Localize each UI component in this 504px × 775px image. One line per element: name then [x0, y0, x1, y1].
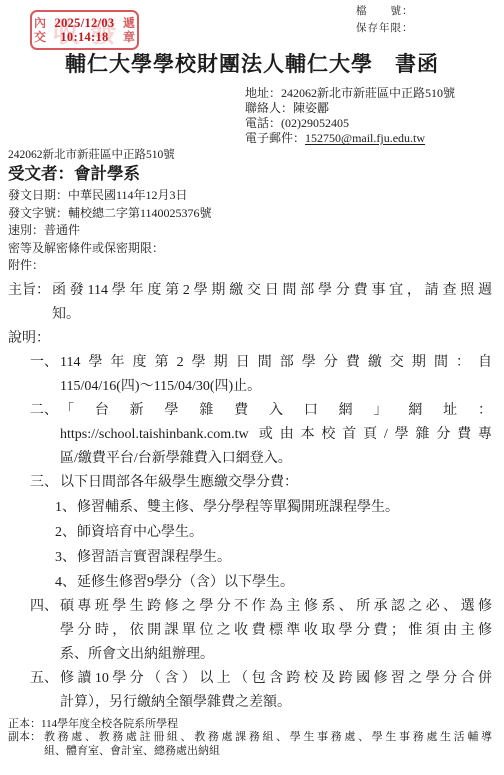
letter-meta: 發文日期：中華民國114年12月3日 發文字號：輔校總二字第1140025376… — [8, 187, 492, 275]
explanation-item-2: 二、 「台新學雜費入口網」網址： https://school.taishinb… — [30, 399, 492, 471]
retention-period-label: 保存年限： — [356, 20, 414, 37]
internal-delivery-stamp: 收發 內 交 2025/12/03 10:14:18 遞 章 — [30, 10, 139, 50]
subitem-number: 2、 — [55, 520, 77, 545]
stamp-left-column: 內 交 — [34, 16, 46, 44]
subitem-number: 4、 — [55, 570, 77, 595]
stamp-char-left-top: 內 — [34, 16, 46, 30]
item-line: 系、所會文出納組辦理。 — [60, 643, 492, 667]
priority-line: 速別：普通件 — [8, 222, 492, 240]
document-title: 輔仁大學學校財團法人輔仁大學 書函 — [0, 48, 504, 78]
explanation-subitem-1: 1、 修習輔系、雙主修、學分學程等單獨開班課程學生。 — [55, 495, 492, 520]
subitem-text: 修習輔系、雙主修、學分學程等單獨開班課程學生。 — [77, 495, 492, 520]
item-line-url: https://school.taishinbank.com.tw 或由本校首頁… — [60, 423, 492, 447]
item-line: 學分時，依開課單位之收費標準收取學分費；惟須由主修 — [60, 619, 492, 643]
stamp-time: 10:14:18 — [55, 30, 115, 45]
issue-date-line: 發文日期：中華民國114年12月3日 — [8, 187, 492, 205]
explanation-item-4: 四、 碩專班學生跨修之學分不作為主修系、所承認之必、選修 學分時，依開課單位之收… — [30, 595, 492, 667]
copy-label: 副本： — [8, 731, 44, 758]
item-content: 「台新學雜費入口網」網址： https://school.taishinbank… — [60, 399, 492, 471]
item-number: 四、 — [30, 595, 60, 667]
security-line: 密等及解密條件或保密期限： — [8, 240, 492, 258]
subject-content: 函發114學年度第2學期繳交日間部學分費事宜，請查照週 知。 — [52, 279, 492, 327]
sender-email-line: 電子郵件：152750@mail.fju.edu.tw — [245, 131, 455, 146]
explanation-item-3: 三、 以下日間部各年級學生應繳交學分費： — [30, 471, 492, 495]
subitem-text: 師資培育中心學生。 — [77, 520, 492, 545]
sender-email-link[interactable]: 152750@mail.fju.edu.tw — [305, 131, 425, 145]
item-content: 修讀10學分（含）以上（包含跨校及跨國修習之學分合併 計算），另行繳納全額學雜費… — [60, 667, 492, 715]
stamp-right-column: 遞 章 — [123, 16, 135, 44]
sender-phone: 電話：(02)29052405 — [245, 116, 455, 131]
item-line: 修讀10學分（含）以上（包含跨校及跨國修習之學分合併 — [60, 667, 492, 691]
subitem-text: 延修生修習9學分（含）以下學生。 — [77, 570, 492, 595]
sender-contact-block: 地址：242062新北市新莊區中正路510號 聯絡人：陳姿酈 電話：(02)29… — [245, 86, 455, 146]
explanation-subitem-4: 4、 延修生修習9學分（含）以下學生。 — [55, 570, 492, 595]
file-number-label: 檔 號： — [356, 3, 414, 20]
item-line: 以下日間部各年級學生應繳交學分費： — [60, 471, 492, 495]
item-line: 碩專班學生跨修之學分不作為主修系、所承認之必、選修 — [60, 595, 492, 619]
subject-line: 知。 — [52, 303, 492, 327]
subitem-number: 3、 — [55, 545, 77, 570]
stamp-char-left-bottom: 交 — [34, 30, 46, 44]
item-number: 二、 — [30, 399, 60, 471]
letter-body: 242062新北市新莊區中正路510號 受文者：會計學系 發文日期：中華民國11… — [8, 149, 492, 758]
item-number: 五、 — [30, 667, 60, 715]
copy-line: 組、體育室、會計室、總務處出納組 — [44, 745, 492, 759]
original-recipients-line: 正本：114學年度全校各院系所學程 — [8, 718, 492, 732]
archive-header: 檔 號： 保存年限： — [356, 3, 414, 37]
item-line: 114學年度第2學期日間部學分費繳交期間：自 — [60, 351, 492, 375]
stamp-datetime: 2025/12/03 10:14:18 — [55, 16, 115, 45]
subject-block: 主旨： 函發114學年度第2學期繳交日間部學分費事宜，請查照週 知。 — [8, 279, 492, 327]
explanation-subitem-2: 2、 師資培育中心學生。 — [55, 520, 492, 545]
sender-contact-person: 聯絡人：陳姿酈 — [245, 101, 455, 116]
item-line: 115/04/16(四)～115/04/30(四)止。 — [60, 375, 492, 399]
item-content: 以下日間部各年級學生應繳交學分費： — [60, 471, 492, 495]
copy-recipients-block: 副本： 教務處、教務處註冊組、教務處課務組、學生事務處、學生事務處生活輔導 組、… — [8, 731, 492, 758]
official-letter-page: 檔 號： 保存年限： 收發 內 交 2025/12/03 10:14:18 遞 … — [0, 0, 504, 775]
stamp-char-right-top: 遞 — [123, 16, 135, 30]
stamp-char-right-bottom: 章 — [123, 30, 135, 44]
reference-number-line: 發文字號：輔校總二字第1140025376號 — [8, 205, 492, 223]
recipient-line: 受文者：會計學系 — [8, 163, 492, 185]
sender-email-label: 電子郵件： — [245, 131, 305, 145]
item-content: 114學年度第2學期日間部學分費繳交期間：自 115/04/16(四)～115/… — [60, 351, 492, 399]
recipient-address-line: 242062新北市新莊區中正路510號 — [8, 149, 492, 162]
attachment-line: 附件： — [8, 257, 492, 275]
explanation-subitem-3: 3、 修習語言實習課程學生。 — [55, 545, 492, 570]
sender-address: 地址：242062新北市新莊區中正路510號 — [245, 86, 455, 101]
subject-line: 函發114學年度第2學期繳交日間部學分費事宜，請查照週 — [52, 279, 492, 303]
explanation-label: 說明： — [8, 327, 492, 351]
subject-label: 主旨： — [8, 279, 52, 327]
subitem-number: 1、 — [55, 495, 77, 520]
item-line: 「台新學雜費入口網」網址： — [60, 399, 492, 423]
item-number: 三、 — [30, 471, 60, 495]
copy-line: 教務處、教務處註冊組、教務處課務組、學生事務處、學生事務處生活輔導 — [44, 731, 492, 745]
item-line: 計算），另行繳納全額學雜費之差額。 — [60, 691, 492, 715]
distribution-footer: 正本：114學年度全校各院系所學程 副本： 教務處、教務處註冊組、教務處課務組、… — [8, 718, 492, 759]
copy-content: 教務處、教務處註冊組、教務處課務組、學生事務處、學生事務處生活輔導 組、體育室、… — [44, 731, 492, 758]
explanation-item-1: 一、 114學年度第2學期日間部學分費繳交期間：自 115/04/16(四)～1… — [30, 351, 492, 399]
item-content: 碩專班學生跨修之學分不作為主修系、所承認之必、選修 學分時，依開課單位之收費標準… — [60, 595, 492, 667]
explanation-item-5: 五、 修讀10學分（含）以上（包含跨校及跨國修習之學分合併 計算），另行繳納全額… — [30, 667, 492, 715]
item-line: 區/繳費平台/台新學雜費入口網登入。 — [60, 447, 492, 471]
subitem-text: 修習語言實習課程學生。 — [77, 545, 492, 570]
stamp-date: 2025/12/03 — [55, 16, 115, 31]
item-number: 一、 — [30, 351, 60, 399]
